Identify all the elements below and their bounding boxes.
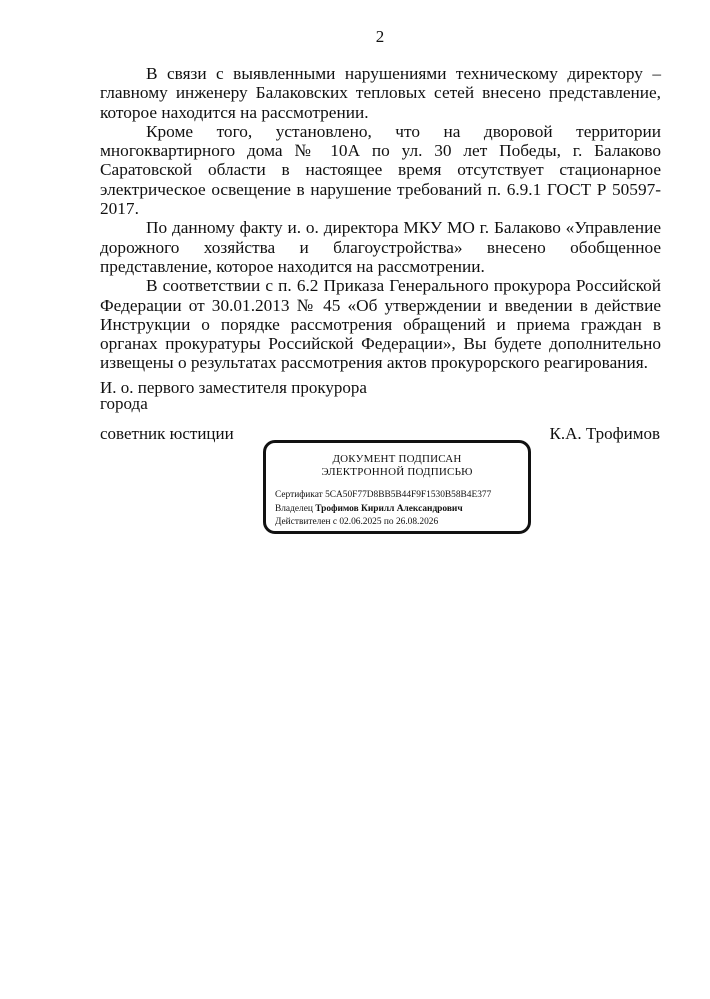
stamp-valid-to-label: по bbox=[384, 517, 394, 527]
letter-body: В связи с выявленными нарушениями технич… bbox=[100, 64, 661, 373]
stamp-owner: Владелец Трофимов Кирилл Александрович bbox=[275, 504, 463, 514]
stamp-owner-value: Трофимов Кирилл Александрович bbox=[315, 504, 462, 514]
stamp-valid-from-label: Действителен с bbox=[275, 517, 337, 527]
signatory-name: К.А. Трофимов bbox=[550, 424, 661, 444]
page-number: 2 bbox=[0, 27, 710, 47]
stamp-valid-to: 26.08.2026 bbox=[396, 517, 438, 527]
electronic-signature-stamp: ДОКУМЕНТ ПОДПИСАН ЭЛЕКТРОННОЙ ПОДПИСЬЮ С… bbox=[263, 440, 531, 534]
stamp-certificate-value: 5CA50F77D8BB5B44F9F1530B58B4E377 bbox=[325, 490, 491, 500]
stamp-heading-line1: ДОКУМЕНТ ПОДПИСАН bbox=[266, 453, 528, 466]
stamp-heading-line2: ЭЛЕКТРОННОЙ ПОДПИСЬЮ bbox=[266, 466, 528, 479]
stamp-heading: ДОКУМЕНТ ПОДПИСАН ЭЛЕКТРОННОЙ ПОДПИСЬЮ bbox=[266, 453, 528, 478]
paragraph-lighting-violation: Кроме того, установлено, что на дворовой… bbox=[100, 122, 661, 218]
stamp-certificate-label: Сертификат bbox=[275, 490, 323, 500]
paragraph-violations-heating: В связи с выявленными нарушениями технич… bbox=[100, 64, 661, 122]
stamp-owner-label: Владелец bbox=[275, 504, 313, 514]
signatory-position-line2: города bbox=[100, 396, 367, 412]
paragraph-notification: В соответствии с п. 6.2 Приказа Генераль… bbox=[100, 276, 661, 372]
signatory-rank: советник юстиции bbox=[100, 424, 234, 444]
signatory-position: И. о. первого заместителя прокурора горо… bbox=[100, 380, 367, 412]
stamp-certificate: Сертификат 5CA50F77D8BB5B44F9F1530B58B4E… bbox=[275, 490, 491, 500]
stamp-validity: Действителен с 02.06.2025 по 26.08.2026 bbox=[275, 517, 438, 527]
paragraph-generalized-submission: По данному факту и. о. директора МКУ МО … bbox=[100, 218, 661, 276]
stamp-valid-from: 02.06.2025 bbox=[339, 517, 381, 527]
